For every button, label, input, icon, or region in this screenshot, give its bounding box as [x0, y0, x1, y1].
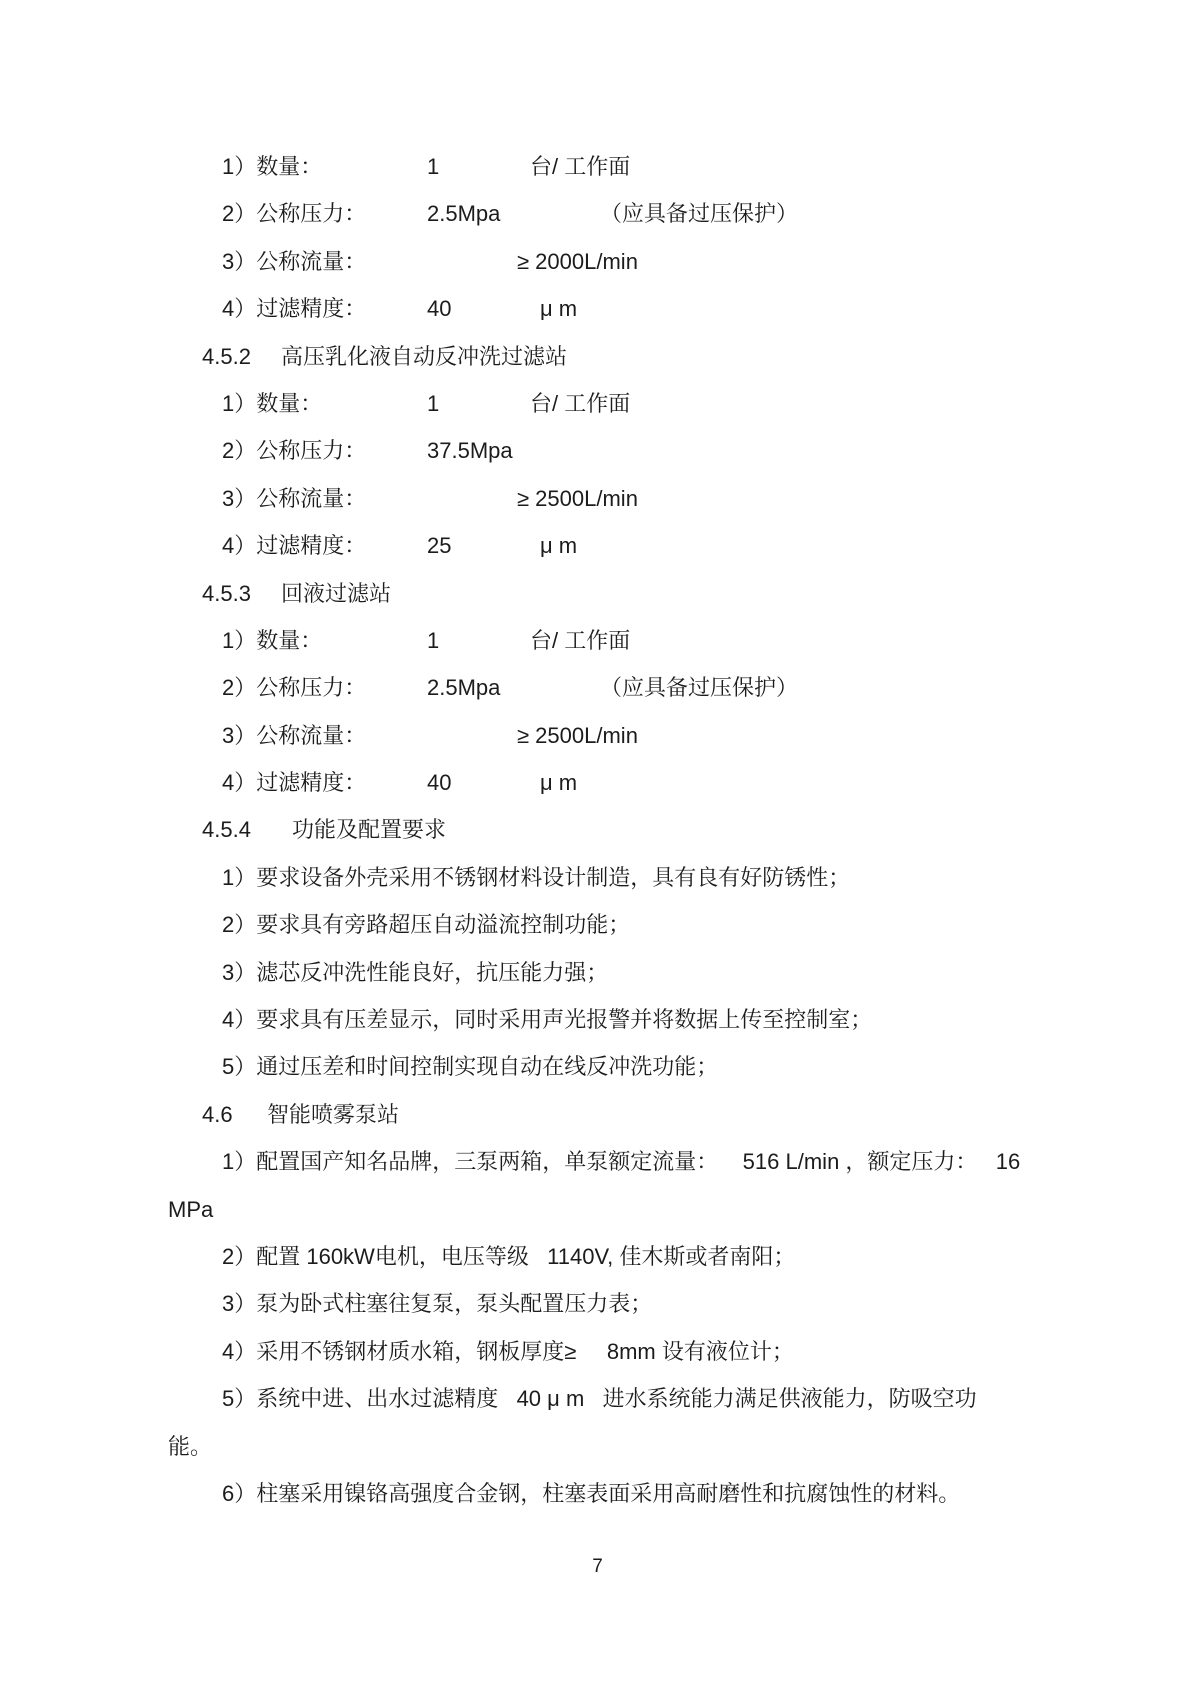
- spec-label: 1）数量：: [222, 617, 322, 664]
- section-title: 回液过滤站: [281, 570, 391, 617]
- spec-value: 1: [427, 380, 439, 427]
- spec-line: 1）数量： 1 台/ 工作面: [0, 380, 1195, 427]
- spec-unit: μ m: [540, 522, 577, 569]
- spec-unit: 台/ 工作面: [530, 380, 630, 427]
- spec-line: 3）公称流量： ≥ 2000L/min: [0, 238, 1195, 285]
- page-number: 7: [0, 1552, 1195, 1582]
- spec-label: 2）公称压力：: [222, 664, 366, 711]
- section-heading: 4.5.4 功能及配置要求: [0, 806, 1195, 853]
- spec-label: 3）公称流量：: [222, 238, 366, 285]
- spec-value: ≥ 2500L/min: [517, 475, 638, 522]
- list-item-continuation: 能。: [0, 1423, 1195, 1470]
- list-item: 4）要求具有压差显示，同时采用声光报警并将数据上传至控制室；: [0, 996, 1195, 1043]
- section-heading: 4.5.3 回液过滤站: [0, 570, 1195, 617]
- spec-label: 3）公称流量：: [222, 475, 366, 522]
- section-title: 智能喷雾泵站: [267, 1091, 399, 1138]
- list-item-text: 能。: [168, 1423, 212, 1470]
- list-item: 1）要求设备外壳采用不锈钢材料设计制造，具有良有好防锈性；: [0, 854, 1195, 901]
- spec-line: 2）公称压力： 2.5Mpa （应具备过压保护）: [0, 664, 1195, 711]
- section-number: 4.5.2: [202, 333, 251, 380]
- list-item-text: 3）滤芯反冲洗性能良好，抗压能力强；: [222, 949, 608, 996]
- list-item-text: 3）泵为卧式柱塞往复泵，泵头配置压力表；: [222, 1280, 652, 1327]
- spec-value: 40: [427, 759, 451, 806]
- list-item: 1）配置国产知名品牌，三泵两箱，单泵额定流量： 516 L/min ，额定压力：…: [0, 1138, 1195, 1185]
- list-item: 2）配置 160kW电机，电压等级 1140V, 佳木斯或者南阳；: [0, 1233, 1195, 1280]
- spec-note: （应具备过压保护）: [600, 190, 798, 237]
- list-item: 2）要求具有旁路超压自动溢流控制功能；: [0, 901, 1195, 948]
- section-number: 4.6: [202, 1091, 233, 1138]
- spec-value: 1: [427, 143, 439, 190]
- spec-line: 2）公称压力： 2.5Mpa （应具备过压保护）: [0, 190, 1195, 237]
- spec-value: 25: [427, 522, 451, 569]
- list-item-text: 5）通过压差和时间控制实现自动在线反冲洗功能；: [222, 1043, 718, 1090]
- spec-label: 4）过滤精度：: [222, 759, 366, 806]
- spec-value: 40: [427, 285, 451, 332]
- list-item-text: MPa: [168, 1186, 213, 1233]
- spec-label: 1）数量：: [222, 143, 322, 190]
- spec-value: ≥ 2000L/min: [517, 238, 638, 285]
- section-heading: 4.5.2 高压乳化液自动反冲洗过滤站: [0, 333, 1195, 380]
- list-item: 5）系统中进、出水过滤精度 40 μ m 进水系统能力满足供液能力，防吸空功: [0, 1375, 1195, 1422]
- spec-value: ≥ 2500L/min: [517, 712, 638, 759]
- list-item: 6）柱塞采用镍铬高强度合金钢，柱塞表面采用高耐磨性和抗腐蚀性的材料。: [0, 1470, 1195, 1517]
- spec-label: 2）公称压力：: [222, 190, 366, 237]
- list-item-text: 4）要求具有压差显示，同时采用声光报警并将数据上传至控制室；: [222, 996, 872, 1043]
- spec-value: 2.5Mpa: [427, 190, 500, 237]
- spec-line: 4）过滤精度： 25 μ m: [0, 522, 1195, 569]
- spec-line: 4）过滤精度： 40 μ m: [0, 285, 1195, 332]
- list-item-text: 1）要求设备外壳采用不锈钢材料设计制造，具有良有好防锈性；: [222, 854, 850, 901]
- spec-line: 3）公称流量： ≥ 2500L/min: [0, 475, 1195, 522]
- spec-line: 3）公称流量： ≥ 2500L/min: [0, 712, 1195, 759]
- section-number: 4.5.3: [202, 570, 251, 617]
- spec-unit: 台/ 工作面: [530, 143, 630, 190]
- spec-value: 37.5Mpa: [427, 427, 513, 474]
- list-item-text: 2）要求具有旁路超压自动溢流控制功能；: [222, 901, 630, 948]
- spec-label: 4）过滤精度：: [222, 522, 366, 569]
- spec-label: 4）过滤精度：: [222, 285, 366, 332]
- list-item-continuation: MPa: [0, 1186, 1195, 1233]
- section-title: 功能及配置要求: [292, 806, 446, 853]
- spec-line: 1）数量： 1 台/ 工作面: [0, 143, 1195, 190]
- section-heading: 4.6 智能喷雾泵站: [0, 1091, 1195, 1138]
- list-item: 4）采用不锈钢材质水箱，钢板厚度≥ 8mm 设有液位计；: [0, 1328, 1195, 1375]
- spec-unit: μ m: [540, 759, 577, 806]
- list-item-text: 5）系统中进、出水过滤精度 40 μ m 进水系统能力满足供液能力，防吸空功: [222, 1375, 977, 1422]
- spec-line: 2）公称压力： 37.5Mpa: [0, 427, 1195, 474]
- section-number: 4.5.4: [202, 806, 251, 853]
- list-item-text: 6）柱塞采用镍铬高强度合金钢，柱塞表面采用高耐磨性和抗腐蚀性的材料。: [222, 1470, 960, 1517]
- document-content: 1）数量： 1 台/ 工作面 2）公称压力： 2.5Mpa （应具备过压保护） …: [0, 143, 1195, 1517]
- list-item: 3）泵为卧式柱塞往复泵，泵头配置压力表；: [0, 1280, 1195, 1327]
- spec-value: 2.5Mpa: [427, 664, 500, 711]
- spec-value: 1: [427, 617, 439, 664]
- spec-note: （应具备过压保护）: [600, 664, 798, 711]
- section-title: 高压乳化液自动反冲洗过滤站: [281, 333, 567, 380]
- spec-label: 2）公称压力：: [222, 427, 366, 474]
- list-item-text: 2）配置 160kW电机，电压等级 1140V, 佳木斯或者南阳；: [222, 1233, 795, 1280]
- list-item-text: 1）配置国产知名品牌，三泵两箱，单泵额定流量： 516 L/min ，额定压力：…: [222, 1138, 1020, 1185]
- spec-unit: 台/ 工作面: [530, 617, 630, 664]
- list-item-text: 4）采用不锈钢材质水箱，钢板厚度≥ 8mm 设有液位计；: [222, 1328, 794, 1375]
- spec-label: 3）公称流量：: [222, 712, 366, 759]
- list-item: 3）滤芯反冲洗性能良好，抗压能力强；: [0, 949, 1195, 996]
- spec-line: 1）数量： 1 台/ 工作面: [0, 617, 1195, 664]
- document-page: 1）数量： 1 台/ 工作面 2）公称压力： 2.5Mpa （应具备过压保护） …: [0, 0, 1195, 1693]
- list-item: 5）通过压差和时间控制实现自动在线反冲洗功能；: [0, 1043, 1195, 1090]
- spec-line: 4）过滤精度： 40 μ m: [0, 759, 1195, 806]
- spec-label: 1）数量：: [222, 380, 322, 427]
- spec-unit: μ m: [540, 285, 577, 332]
